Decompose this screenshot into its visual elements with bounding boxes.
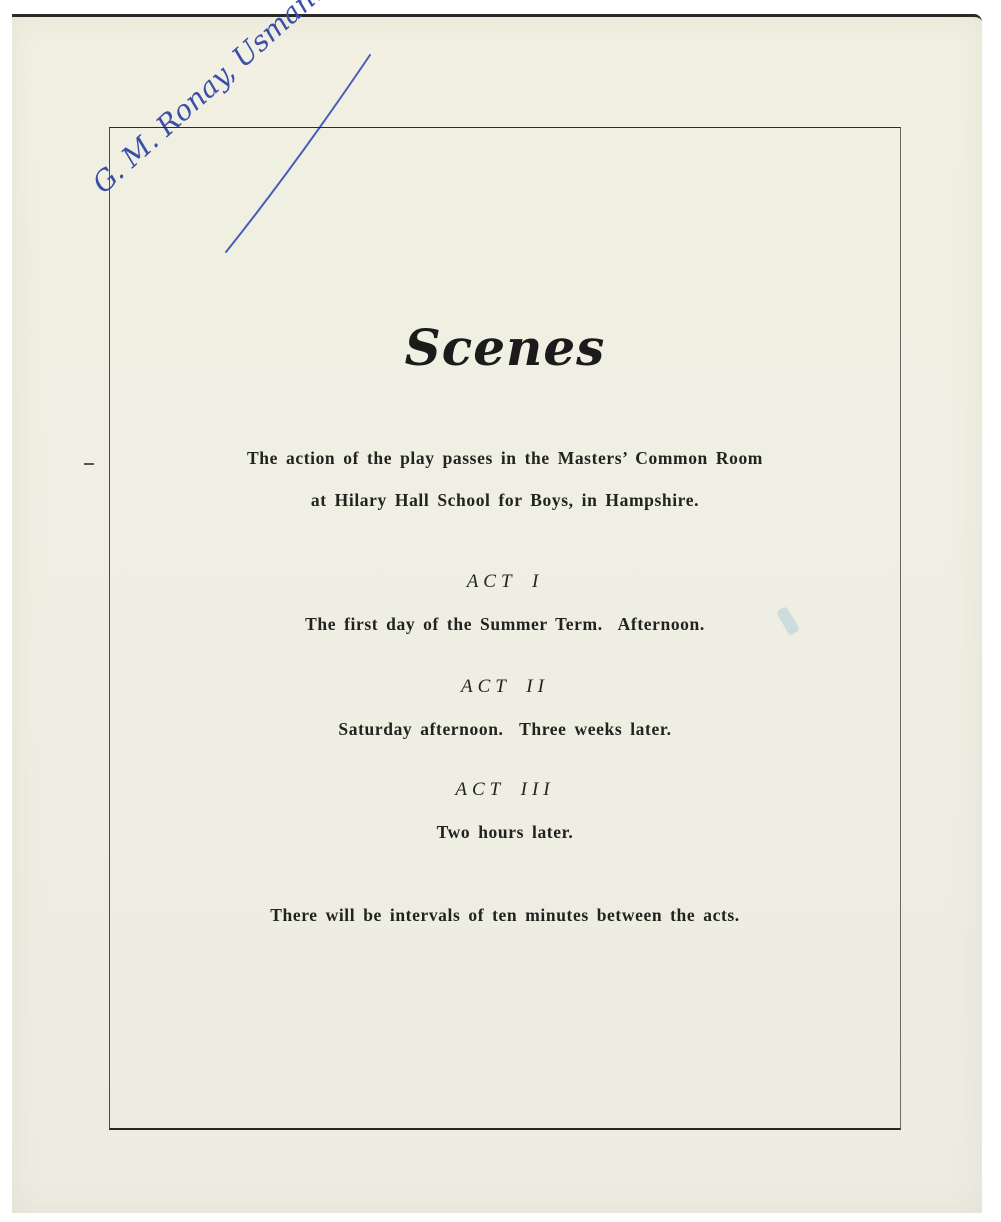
- act-1-heading: ACT I: [110, 571, 900, 593]
- setting-line-2: at Hilary Hall School for Boys, in Hamps…: [110, 490, 900, 511]
- program-page: G. M. Ronay, Usman. Scenes The action of…: [12, 14, 982, 1213]
- margin-mark: [84, 463, 94, 465]
- act-3-description: Two hours later.: [110, 822, 900, 843]
- act-1-description: The first day of the Summer Term. Aftern…: [110, 614, 900, 635]
- intervals-note: There will be intervals of ten minutes b…: [110, 905, 900, 926]
- act-3-heading: ACT III: [110, 779, 900, 801]
- act-2-description: Saturday afternoon. Three weeks later.: [110, 719, 900, 740]
- page-border-frame: Scenes The action of the play passes in …: [109, 127, 901, 1130]
- page-title: Scenes: [110, 318, 900, 377]
- act-2-heading: ACT II: [110, 676, 900, 698]
- setting-line-1: The action of the play passes in the Mas…: [110, 448, 900, 469]
